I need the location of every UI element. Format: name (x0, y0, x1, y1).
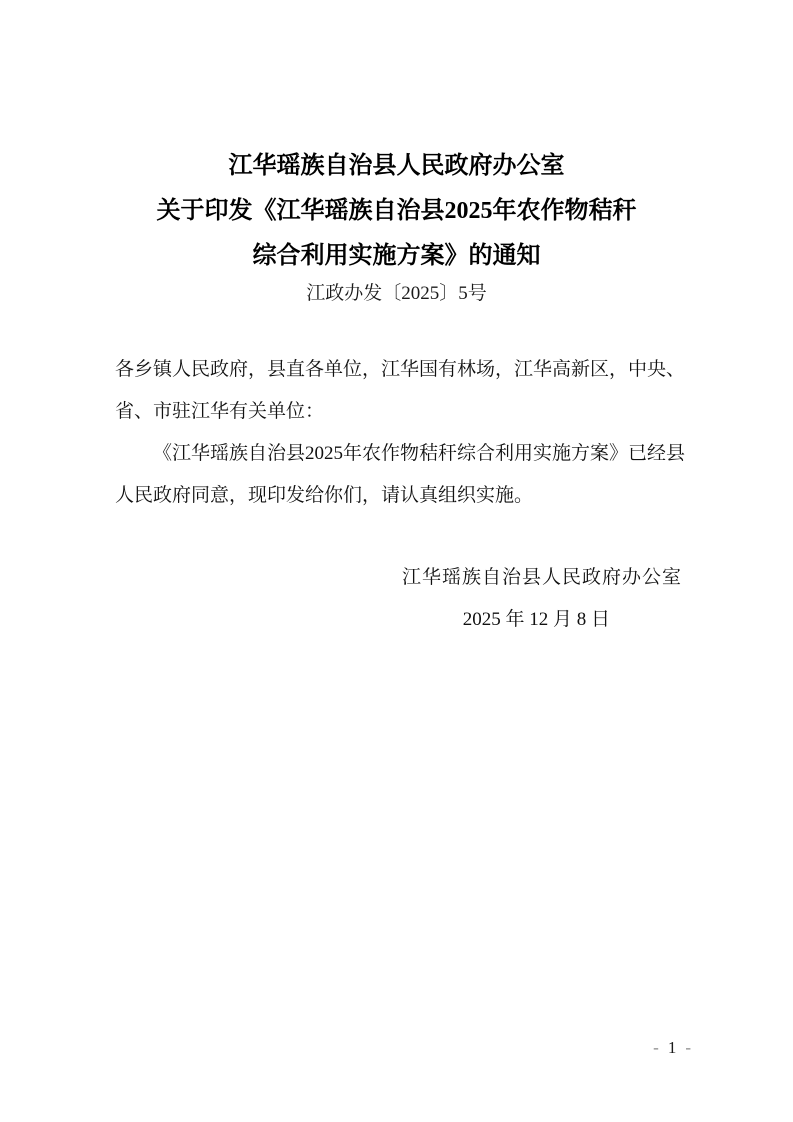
signature-date: 2025 年 12 月 8 日 (0, 599, 793, 641)
title-line-3: 综合利用实施方案》的通知 (0, 234, 793, 279)
title-line-1: 江华瑶族自治县人民政府办公室 (0, 144, 793, 189)
title-line-2: 关于印发《江华瑶族自治县2025年农作物秸秆 (0, 189, 793, 234)
salutation-line-1: 各乡镇人民政府，县直各单位，江华国有林场，江华高新区，中央、 (115, 349, 703, 391)
page-number-dash-left: - (653, 1038, 661, 1057)
document-number: 江政办发〔2025〕5号 (0, 279, 793, 309)
document-body: 各乡镇人民政府，县直各单位，江华国有林场，江华高新区，中央、 省、市驻江华有关单… (0, 349, 793, 517)
body-paragraph-line-2: 人民政府同意，现印发给你们，请认真组织实施。 (115, 475, 703, 517)
signature-issuer: 江华瑶族自治县人民政府办公室 (0, 557, 793, 599)
document-title: 江华瑶族自治县人民政府办公室 关于印发《江华瑶族自治县2025年农作物秸秆 综合… (0, 0, 793, 279)
salutation-line-2: 省、市驻江华有关单位： (115, 391, 703, 433)
page-number-dash-right: - (685, 1038, 693, 1057)
document-page: 江华瑶族自治县人民政府办公室 关于印发《江华瑶族自治县2025年农作物秸秆 综合… (0, 0, 793, 1122)
page-number: -1- (653, 1038, 693, 1058)
signature-block: 江华瑶族自治县人民政府办公室 2025 年 12 月 8 日 (0, 557, 793, 641)
page-number-value: 1 (661, 1038, 686, 1057)
body-paragraph-line-1: 《江华瑶族自治县2025年农作物秸秆综合利用实施方案》已经县 (115, 433, 703, 475)
